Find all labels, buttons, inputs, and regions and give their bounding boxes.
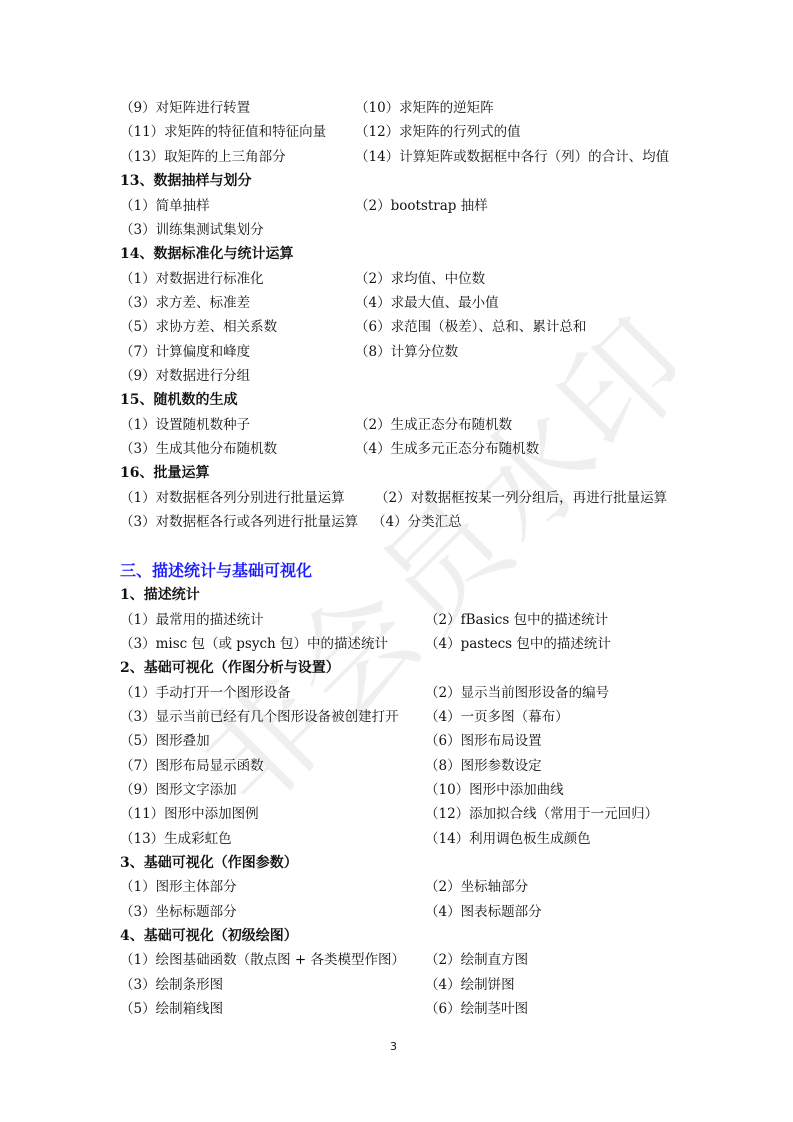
outline-item: （13）取矩阵的上三角部分 <box>120 146 286 168</box>
section-heading: 16、批量运算 <box>120 462 209 484</box>
section-heading: 13、数据抽样与划分 <box>120 170 251 192</box>
outline-item: （4）生成多元正态分布随机数 <box>355 438 539 460</box>
outline-item: （1）绘图基础函数（散点图 + 各类模型作图） <box>120 949 405 971</box>
outline-item: （7）图形布局显示函数 <box>120 755 264 777</box>
outline-item: （4）绘制饼图 <box>425 974 515 996</box>
outline-item: （4）分类汇总 <box>372 511 462 533</box>
outline-item: （1）最常用的描述统计 <box>120 609 264 631</box>
outline-item: （3）显示当前已经有几个图形设备被创建打开 <box>120 706 399 728</box>
outline-item: （6）求范围（极差）、总和、累计总和 <box>355 316 586 338</box>
outline-item: （9）对矩阵进行转置 <box>120 97 250 119</box>
outline-item: （4）一页多图（幕布） <box>425 706 569 728</box>
outline-item: （3）misc 包（或 psych 包）中的描述统计 <box>120 633 388 655</box>
outline-item: （7）计算偏度和峰度 <box>120 341 250 363</box>
section-heading: 2、基础可视化（作图分析与设置） <box>120 657 340 679</box>
section-heading: 14、数据标准化与统计运算 <box>120 243 293 265</box>
outline-item: （3）坐标标题部分 <box>120 901 237 923</box>
outline-item: （2）绘制直方图 <box>425 949 528 971</box>
outline-item: （12）添加拟合线（常用于一元回归） <box>425 803 658 825</box>
outline-item: （3）训练集测试集划分 <box>120 219 264 241</box>
document-page: 非会员水印 （9）对矩阵进行转置（10）求矩阵的逆矩阵（11）求矩阵的特征值和特… <box>0 0 793 1122</box>
outline-item: （1）对数据框各列分别进行批量运算 <box>120 487 345 509</box>
outline-item: （1）对数据进行标准化 <box>120 268 264 290</box>
outline-item: （4）pastecs 包中的描述统计 <box>425 633 611 655</box>
outline-item: （3）绘制条形图 <box>120 974 223 996</box>
outline-item: （2）求均值、中位数 <box>355 268 485 290</box>
outline-item: （2）对数据框按某一列分组后，再进行批量运算 <box>375 487 667 509</box>
page-number: 3 <box>390 1040 397 1053</box>
outline-item: （2）生成正态分布随机数 <box>355 414 512 436</box>
chapter-heading: 三、描述统计与基础可视化 <box>120 559 312 583</box>
outline-item: （11）求矩阵的特征值和特征向量 <box>120 121 326 143</box>
outline-item: （6）图形布局设置 <box>425 730 542 752</box>
outline-item: （14）利用调色板生成颜色 <box>425 828 591 850</box>
outline-item: （2）坐标轴部分 <box>425 876 528 898</box>
outline-item: （4）求最大值、最小值 <box>355 292 499 314</box>
outline-item: （1）手动打开一个图形设备 <box>120 682 291 704</box>
outline-item: （5）求协方差、相关系数 <box>120 316 277 338</box>
outline-item: （9）图形文字添加 <box>120 779 237 801</box>
outline-item: （3）求方差、标准差 <box>120 292 250 314</box>
outline-item: （10）求矩阵的逆矩阵 <box>355 97 494 119</box>
outline-item: （14）计算矩阵或数据框中各行（列）的合计、均值 <box>355 146 669 168</box>
outline-item: （2）显示当前图形设备的编号 <box>425 682 609 704</box>
outline-item: （11）图形中添加图例 <box>120 803 259 825</box>
outline-item: （12）求矩阵的行列式的值 <box>355 121 521 143</box>
section-heading: 15、随机数的生成 <box>120 389 237 411</box>
outline-item: （1）设置随机数种子 <box>120 414 250 436</box>
outline-item: （2）fBasics 包中的描述统计 <box>425 609 608 631</box>
outline-item: （4）图表标题部分 <box>425 901 542 923</box>
section-heading: 3、基础可视化（作图参数） <box>120 852 298 874</box>
outline-item: （8）图形参数设定 <box>425 755 542 777</box>
section-heading: 4、基础可视化（初级绘图） <box>120 925 298 947</box>
outline-item: （8）计算分位数 <box>355 341 458 363</box>
outline-item: （5）绘制箱线图 <box>120 998 223 1020</box>
section-heading: 1、描述统计 <box>120 584 200 606</box>
outline-item: （1）简单抽样 <box>120 195 210 217</box>
outline-item: （1）图形主体部分 <box>120 876 237 898</box>
outline-item: （3）对数据框各行或各列进行批量运算 <box>120 511 358 533</box>
outline-item: （5）图形叠加 <box>120 730 210 752</box>
outline-item: （13）生成彩虹色 <box>120 828 232 850</box>
outline-item: （9）对数据进行分组 <box>120 365 250 387</box>
outline-item: （10）图形中添加曲线 <box>425 779 564 801</box>
outline-item: （6）绘制茎叶图 <box>425 998 528 1020</box>
outline-item: （3）生成其他分布随机数 <box>120 438 277 460</box>
outline-item: （2）bootstrap 抽样 <box>355 195 488 217</box>
